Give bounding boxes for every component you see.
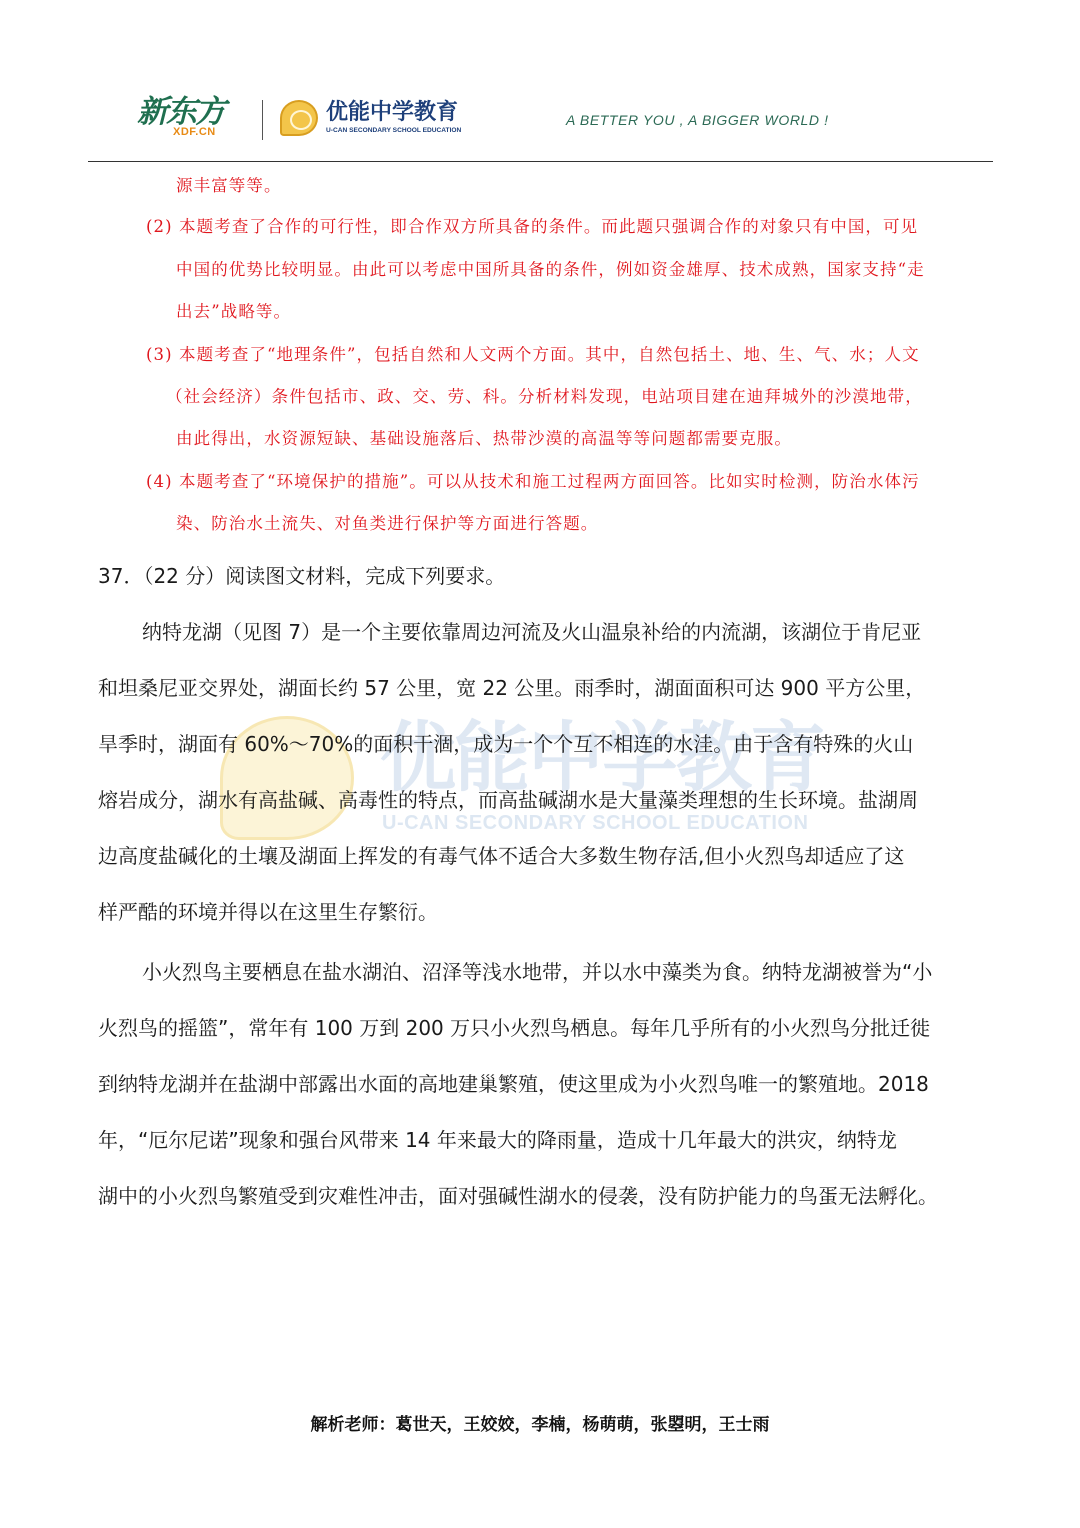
paragraph-line: 边高度盐碱化的土壤及湖面上挥发的有毒气体不适合大多数生物存活,但小火烈鸟却适应了… xyxy=(98,844,904,868)
paragraph-line: 到纳特龙湖并在盐湖中部露出水面的高地建巢繁殖，使这里成为小火烈鸟唯一的繁殖地。2… xyxy=(98,1072,929,1096)
page-header: 新东方 XDF.CN 优能中学教育 U-CAN SECONDARY SCHOOL… xyxy=(0,0,1080,165)
question-points: （22 分） xyxy=(143,564,225,588)
paragraph-line: 火烈鸟的摇篮”，常年有 100 万到 200 万只小火烈鸟栖息。每年几乎所有的小… xyxy=(98,1016,930,1040)
answer-line: (3) 本题考查了“地理条件”，包括自然和人文两个方面。其中，自然包括土、地、生… xyxy=(146,345,920,365)
question-number: 37． xyxy=(98,564,143,588)
logo-divider xyxy=(262,100,263,140)
question-header: 37．（22 分）阅读图文材料，完成下列要求。 xyxy=(98,564,505,588)
answer-line: 染、防治水土流失、对鱼类进行保护等方面进行答题。 xyxy=(176,514,598,534)
paragraph-line: 湖中的小火烈鸟繁殖受到灾难性冲击，面对强碱性湖水的侵袭，没有防护能力的鸟蛋无法孵… xyxy=(98,1184,938,1208)
ucan-logo-cn: 优能中学教育 xyxy=(326,100,458,126)
xdf-logo-en: XDF.CN xyxy=(173,126,216,138)
answer-line: 出去”战略等。 xyxy=(176,302,291,322)
ucan-logo-en: U-CAN SECONDARY SCHOOL EDUCATION xyxy=(326,127,462,134)
xdf-logo: 新东方 XDF.CN xyxy=(137,96,257,144)
answer-line: 由此得出，水资源短缺、基础设施落后、热带沙漠的高温等等问题都需要克服。 xyxy=(176,429,792,449)
slogan: A BETTER YOU , A BIGGER WORLD ! xyxy=(566,112,829,128)
header-divider xyxy=(88,161,993,162)
answer-line: 中国的优势比较明显。由此可以考虑中国所具备的条件，例如资金雄厚、技术成熟，国家支… xyxy=(176,260,925,280)
paragraph-line: 纳特龙湖（见图 7）是一个主要依靠周边河流及火山温泉补给的内流湖，该湖位于肯尼亚 xyxy=(142,620,921,644)
question-instruction: 阅读图文材料，完成下列要求。 xyxy=(225,564,505,588)
answer-line: (4) 本题考查了“环境保护的措施”。可以从技术和施工过程两方面回答。比如实时检… xyxy=(146,472,920,492)
paragraph-line: 和坦桑尼亚交界处，湖面长约 57 公里，宽 22 公里。雨季时，湖面面积可达 9… xyxy=(98,676,925,700)
xdf-logo-cn: 新东方 xyxy=(137,96,224,128)
ucan-speech-bubble-icon xyxy=(280,100,318,136)
answer-line: (2) 本题考查了合作的可行性，即合作双方所具备的条件。而此题只强调合作的对象只… xyxy=(146,217,918,237)
paragraph-line: 旱季时，湖面有 60%～70%的面积干涸，成为一个个互不相连的水洼。由于含有特殊… xyxy=(98,732,913,756)
paragraph-line: 样严酷的环境并得以在这里生存繁衍。 xyxy=(98,900,438,924)
watermark-en: U-CAN SECONDARY SCHOOL EDUCATION xyxy=(382,812,808,835)
paragraph-line: 小火烈鸟主要栖息在盐水湖泊、沼泽等浅水地带，并以水中藻类为食。纳特龙湖被誉为“小 xyxy=(142,960,932,984)
paragraph-line: 熔岩成分，湖水有高盐碱、高毒性的特点，而高盐碱湖水是大量藻类理想的生长环境。盐湖… xyxy=(98,788,918,812)
ucan-logo: 优能中学教育 U-CAN SECONDARY SCHOOL EDUCATION xyxy=(280,100,480,140)
answer-line: 源丰富等等。 xyxy=(176,176,282,196)
footer-teachers: 解析老师：葛世天，王姣姣，李楠，杨萌萌，张曌明，王士雨 xyxy=(0,1410,1080,1435)
paragraph-line: 年，“厄尔尼诺”现象和强台风带来 14 年来最大的降雨量，造成十几年最大的洪灾，… xyxy=(98,1128,897,1152)
answer-line: （社会经济）条件包括市、政、交、劳、科。分析材料发现，电站项目建在迪拜城外的沙漠… xyxy=(166,387,923,407)
